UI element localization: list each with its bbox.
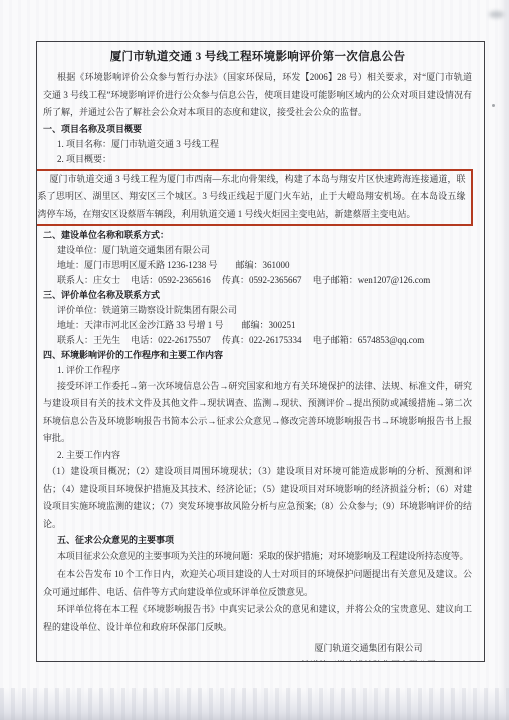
signature-company-1: 厦门轨道交通集团有限公司	[301, 640, 436, 657]
scan-edge-shadow-right	[498, 0, 509, 720]
public-opinion-items: 本项目征求公众意见的主要事项为关注的环境问题：采取的保护措施；对环境影响及工程建…	[43, 548, 472, 566]
work-content-label: 2. 主要工作内容	[43, 448, 472, 463]
construction-unit-contact: 联系人：庄女士 电话：0592-2365616 传真：0592-2365667 …	[43, 273, 472, 288]
project-overview-label: 2. 项目概要：	[43, 152, 472, 167]
section-5-heading: 五、征求公众意见的主要事项	[43, 533, 472, 548]
intro-paragraph: 根据《环境影响评价公众参与暂行办法》（国家环保局，环发【2006】28 号）相关…	[43, 69, 472, 122]
section-4-heading: 四、环境影响评价的工作程序和主要工作内容	[43, 348, 472, 363]
document-title: 厦门市轨道交通 3 号线工程环境影响评价第一次信息公告	[43, 48, 472, 67]
project-name-line: 1. 项目名称：厦门市轨道交通 3 号线工程	[43, 137, 472, 152]
scanned-page: 厦门市轨道交通 3 号线工程环境影响评价第一次信息公告 根据《环境影响评价公众参…	[0, 0, 509, 720]
scan-speck-artifact	[492, 104, 495, 107]
highlighted-overview-box: 厦门市轨道交通 3 号线工程为厦门市西南—东北向骨架线，构建了本岛与翔安片区快速…	[36, 169, 473, 226]
scan-edge-shadow-bottom	[0, 688, 509, 720]
scan-smudge-artifact	[489, 11, 504, 18]
section-3-heading: 三、评价单位名称及联系方式	[43, 288, 472, 303]
construction-unit-line: 建设单位：厦门轨道交通集团有限公司	[43, 243, 472, 258]
work-content-text: （1）建设项目概况；（2）建设项目周围环境现状；（3）建设项目对环境可能造成影响…	[43, 463, 472, 533]
feedback-period-paragraph: 在本公告发布 10 个工作日内，欢迎关心项目建设的人士对项目的环境保护问题提出有…	[43, 566, 472, 601]
section-1-heading: 一、项目名称及项目概要	[43, 122, 472, 137]
section-2-heading: 二、建设单位名称和联系方式：	[43, 228, 472, 243]
assessment-unit-address: 地址：天津市河北区金沙江路 33 号增 1 号 邮编：300251	[43, 318, 472, 333]
feedback-record-paragraph: 环评单位将在本工程《环境影响报告书》中真实记录公众的意见和建议，并将公众的宝贵意…	[43, 601, 472, 636]
signature-block: 厦门轨道交通集团有限公司 铁道第三勘察设计院集团有限公司 2015 年 11 月	[301, 640, 436, 662]
project-overview-text: 厦门市轨道交通 3 号线工程为厦门市西南—东北向骨架线，构建了本岛与翔安片区快速…	[38, 171, 466, 224]
signature-company-2: 铁道第三勘察设计院集团有限公司	[301, 657, 436, 662]
assessment-unit-contact: 联系人：王先生 电话：022-26175507 传真：022-26175334 …	[43, 333, 472, 348]
announcement-border-box: 厦门市轨道交通 3 号线工程环境影响评价第一次信息公告 根据《环境影响评价公众参…	[36, 41, 485, 662]
assessment-unit-line: 评价单位：铁道第三勘察设计院集团有限公司	[43, 303, 472, 318]
construction-unit-address: 地址：厦门市思明区厦禾路 1236-1238 号 邮编：361000	[43, 258, 472, 273]
work-procedure-text: 接受环评工作委托→第一次环境信息公告→研究国家和地方有关环境保护的法律、法规、标…	[43, 378, 472, 448]
work-procedure-label: 1. 评价工作程序	[43, 363, 472, 378]
